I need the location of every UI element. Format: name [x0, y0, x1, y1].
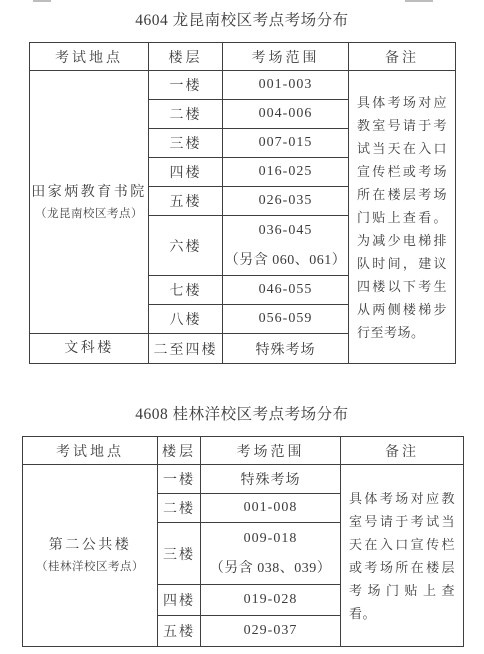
- table1-header-row: 考试地点 楼层 考场范围 备注: [30, 43, 456, 71]
- floor-cell: 一楼: [158, 465, 201, 494]
- floor-cell: 四楼: [149, 158, 223, 187]
- floor-cell: 八楼: [149, 305, 223, 334]
- remark-cell: 具体考场对应教室号请于考试当天在入口宣传栏或考场所在楼层考场门贴上查看。: [341, 465, 464, 647]
- venue-subname: （桂林洋校区考点）: [23, 560, 157, 574]
- range-cell: 009-018 （另含 038、039）: [201, 523, 341, 585]
- floor-cell: 五楼: [158, 616, 201, 647]
- table1-title: 4604 龙昆南校区考点考场分布: [0, 0, 484, 30]
- range-cell: 001-003: [223, 71, 349, 100]
- venue-name: 文科楼: [30, 340, 148, 358]
- crop-artifact-right: [405, 0, 433, 2]
- floor-cell: 七楼: [149, 276, 223, 305]
- range-cell: 026-035: [223, 187, 349, 216]
- range-main: 036-045: [223, 221, 348, 241]
- range-cell: 046-055: [223, 276, 349, 305]
- table2-title: 4608 桂林洋校区考点考场分布: [0, 402, 484, 424]
- venue-cell-tianjiabing: 田家炳教育书院 （龙昆南校区考点）: [30, 71, 149, 334]
- venue-cell-dierggonggonglou: 第二公共楼 （桂林洋校区考点）: [23, 465, 158, 647]
- floor-cell: 二楼: [149, 100, 223, 129]
- range-cell: 029-037: [201, 616, 341, 647]
- venue-name: 田家炳教育书院: [30, 184, 148, 202]
- header-room-range: 考场范围: [223, 43, 349, 71]
- range-cell: 特殊考场: [223, 334, 349, 364]
- range-note: （另含 038、039）: [201, 559, 340, 579]
- range-cell: 004-006: [223, 100, 349, 129]
- floor-cell: 一楼: [149, 71, 223, 100]
- table2-guilinyang-distribution: 考试地点 楼层 考场范围 备注 第二公共楼 （桂林洋校区考点） 一楼 特殊考场 …: [22, 436, 464, 647]
- header-floor: 楼层: [149, 43, 223, 71]
- floor-cell: 六楼: [149, 216, 223, 276]
- floor-cell: 三楼: [158, 523, 201, 585]
- venue-subname: （龙昆南校区考点）: [30, 207, 148, 221]
- header-room-range: 考场范围: [201, 437, 341, 465]
- header-remarks: 备注: [341, 437, 464, 465]
- venue-name: 第二公共楼: [23, 537, 157, 555]
- range-cell: 019-028: [201, 585, 341, 616]
- range-main: 009-018: [201, 529, 340, 549]
- remark-cell: 具体考场对应教室号请于考试当天在入口宣传栏或考场所在楼层考场门贴上查看。为减少电…: [349, 71, 456, 364]
- header-exam-location: 考试地点: [23, 437, 158, 465]
- table1-longkunnan-distribution: 考试地点 楼层 考场范围 备注 田家炳教育书院 （龙昆南校区考点） 一楼 001…: [29, 42, 456, 364]
- floor-cell: 二至四楼: [149, 334, 223, 364]
- floor-cell: 四楼: [158, 585, 201, 616]
- venue-cell-wenkelou: 文科楼: [30, 334, 149, 364]
- header-remarks: 备注: [349, 43, 456, 71]
- range-cell: 036-045 （另含 060、061）: [223, 216, 349, 276]
- crop-artifact-left: [33, 0, 51, 2]
- range-note: （另含 060、061）: [223, 251, 348, 271]
- document-page: 4604 龙昆南校区考点考场分布 考试地点 楼层 考场范围 备注 田家炳教育书院…: [0, 0, 484, 647]
- table-row: 田家炳教育书院 （龙昆南校区考点） 一楼 001-003 具体考场对应教室号请于…: [30, 71, 456, 100]
- table-row: 第二公共楼 （桂林洋校区考点） 一楼 特殊考场 具体考场对应教室号请于考试当天在…: [23, 465, 464, 494]
- header-floor: 楼层: [158, 437, 201, 465]
- header-exam-location: 考试地点: [30, 43, 149, 71]
- range-cell: 001-008: [201, 494, 341, 523]
- range-cell: 007-015: [223, 129, 349, 158]
- range-cell: 016-025: [223, 158, 349, 187]
- floor-cell: 二楼: [158, 494, 201, 523]
- floor-cell: 三楼: [149, 129, 223, 158]
- floor-cell: 五楼: [149, 187, 223, 216]
- range-cell: 特殊考场: [201, 465, 341, 494]
- table2-header-row: 考试地点 楼层 考场范围 备注: [23, 437, 464, 465]
- range-cell: 056-059: [223, 305, 349, 334]
